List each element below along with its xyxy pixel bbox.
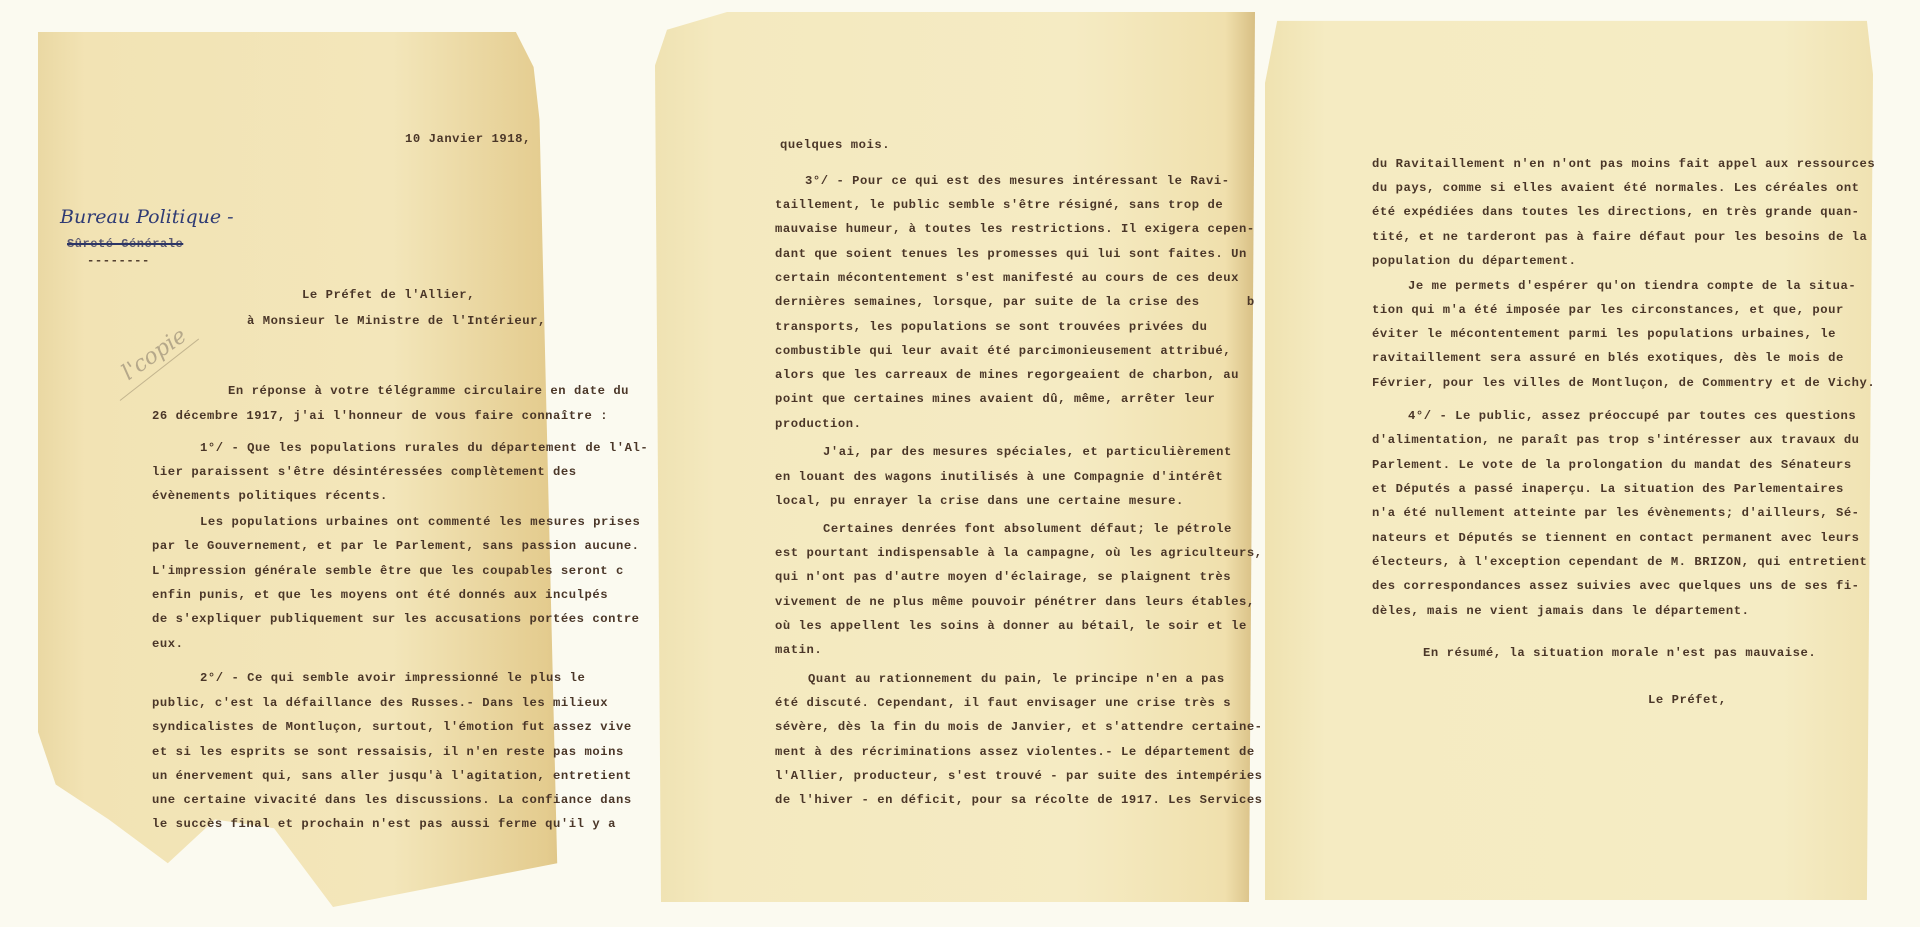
heading-dashes: -------- — [87, 255, 150, 267]
body-line: syndicalistes de Montluçon, surtout, l'é… — [152, 721, 632, 733]
struck-heading: Sûreté Générale — [67, 238, 183, 250]
body-line: est pourtant indispensable à la campagne… — [775, 547, 1263, 559]
body-line: évènements politiques récents. — [152, 490, 388, 502]
body-line: enfin punis, et que les moyens ont été d… — [152, 589, 608, 601]
body-line: n'a été nullement atteinte par les évène… — [1372, 507, 1860, 519]
body-line: Quant au rationnement du pain, le princi… — [808, 673, 1225, 685]
body-line: dant que soient tenues les promesses qui… — [775, 248, 1247, 260]
body-line: électeurs, à l'exception cependant de M.… — [1372, 556, 1867, 568]
body-line: 3°/ - Pour ce qui est des mesures intére… — [805, 175, 1230, 187]
body-line: par le Gouvernement, et par le Parlement… — [152, 540, 640, 552]
body-line: en louant des wagons inutilisés à une Co… — [775, 471, 1223, 483]
body-line: J'ai, par des mesures spéciales, et part… — [823, 446, 1232, 458]
body-line: certain mécontentement s'est manifesté a… — [775, 272, 1239, 284]
body-line: l'Allier, producteur, s'est trouvé - par… — [775, 770, 1263, 782]
body-line: quelques mois. — [780, 139, 890, 151]
body-line: de s'expliquer publiquement sur les accu… — [152, 613, 640, 625]
signature-line: Le Préfet, — [1648, 694, 1727, 706]
body-line: taillement, le public semble s'être rési… — [775, 199, 1223, 211]
body-line: population du département. — [1372, 255, 1576, 267]
body-line: été discuté. Cependant, il faut envisage… — [775, 697, 1231, 709]
body-line: alors que les carreaux de mines regorgea… — [775, 369, 1239, 381]
body-line: et Députés a passé inaperçu. La situatio… — [1372, 483, 1844, 495]
body-line: En réponse à votre télégramme circulaire… — [228, 385, 629, 397]
body-line: dèles, mais ne vient jamais dans le dépa… — [1372, 605, 1749, 617]
body-line: d'alimentation, ne paraît pas trop s'int… — [1372, 434, 1860, 446]
body-line: Les populations urbaines ont commenté le… — [200, 516, 640, 528]
body-line: dernières semaines, lorsque, par suite d… — [775, 296, 1255, 308]
body-line: et si les esprits se sont ressaisis, il … — [152, 746, 624, 758]
body-line: point que certaines mines avaient dû, mê… — [775, 393, 1215, 405]
body-line: lier paraissent s'être désintéressées co… — [152, 466, 577, 478]
letter-page-3 — [1265, 12, 1873, 900]
body-line: Parlement. Le vote de la prolongation du… — [1372, 459, 1852, 471]
sender-line: Le Préfet de l'Allier, — [302, 289, 475, 301]
body-line: le succès final et prochain n'est pas au… — [152, 818, 616, 830]
body-line: nateurs et Députés se tiennent en contac… — [1372, 532, 1860, 544]
body-line: Certaines denrées font absolument défaut… — [823, 523, 1232, 535]
body-line: eux. — [152, 638, 183, 650]
body-line: 26 décembre 1917, j'ai l'honneur de vous… — [152, 410, 608, 422]
body-line: ravitaillement sera assuré en blés exoti… — [1372, 352, 1844, 364]
body-line: sévère, dès la fin du mois de Janvier, e… — [775, 721, 1263, 733]
body-line: Je me permets d'espérer qu'on tiendra co… — [1408, 280, 1856, 292]
recipient-line: à Monsieur le Ministre de l'Intérieur, — [247, 315, 546, 327]
body-line: tion qui m'a été imposée par les circons… — [1372, 304, 1844, 316]
body-line: ment à des récriminations assez violente… — [775, 746, 1255, 758]
body-line: qui n'ont pas d'autre moyen d'éclairage,… — [775, 571, 1231, 583]
body-line: du pays, comme si elles avaient été norm… — [1372, 182, 1860, 194]
body-line: des correspondances assez suivies avec q… — [1372, 580, 1860, 592]
letter-date: 10 Janvier 1918, — [405, 133, 531, 145]
body-line: 4°/ - Le public, assez préoccupé par tou… — [1408, 410, 1856, 422]
body-line: de l'hiver - en déficit, pour sa récolte… — [775, 794, 1263, 806]
body-line: transports, les populations se sont trou… — [775, 321, 1208, 333]
body-line: éviter le mécontentement parmi les popul… — [1372, 328, 1836, 340]
body-line: local, pu enrayer la crise dans une cert… — [775, 495, 1184, 507]
body-line: 1°/ - Que les populations rurales du dép… — [200, 442, 648, 454]
body-line: combustible qui leur avait été parcimoni… — [775, 345, 1231, 357]
body-line: production. — [775, 418, 862, 430]
body-line: mauvaise humeur, à toutes les restrictio… — [775, 223, 1255, 235]
handwritten-annotation: Bureau Politique - — [60, 206, 234, 228]
body-line: 2°/ - Ce qui semble avoir impressionné l… — [200, 672, 585, 684]
body-line: tité, et ne tarderont pas à faire défaut… — [1372, 231, 1867, 243]
body-line: un énervement qui, sans aller jusqu'à l'… — [152, 770, 632, 782]
body-line: une certaine vivacité dans les discussio… — [152, 794, 632, 806]
body-line: matin. — [775, 644, 822, 656]
body-line: vivement de ne plus même pouvoir pénétre… — [775, 596, 1255, 608]
body-line: public, c'est la défaillance des Russes.… — [152, 697, 608, 709]
body-line: L'impression générale semble être que le… — [152, 565, 624, 577]
body-line: du Ravitaillement n'en n'ont pas moins f… — [1372, 158, 1875, 170]
body-line: où les appellent les soins à donner au b… — [775, 620, 1247, 632]
closing-summary: En résumé, la situation morale n'est pas… — [1423, 647, 1816, 659]
body-line: été expédiées dans toutes les directions… — [1372, 206, 1860, 218]
body-line: Février, pour les villes de Montluçon, d… — [1372, 377, 1875, 389]
